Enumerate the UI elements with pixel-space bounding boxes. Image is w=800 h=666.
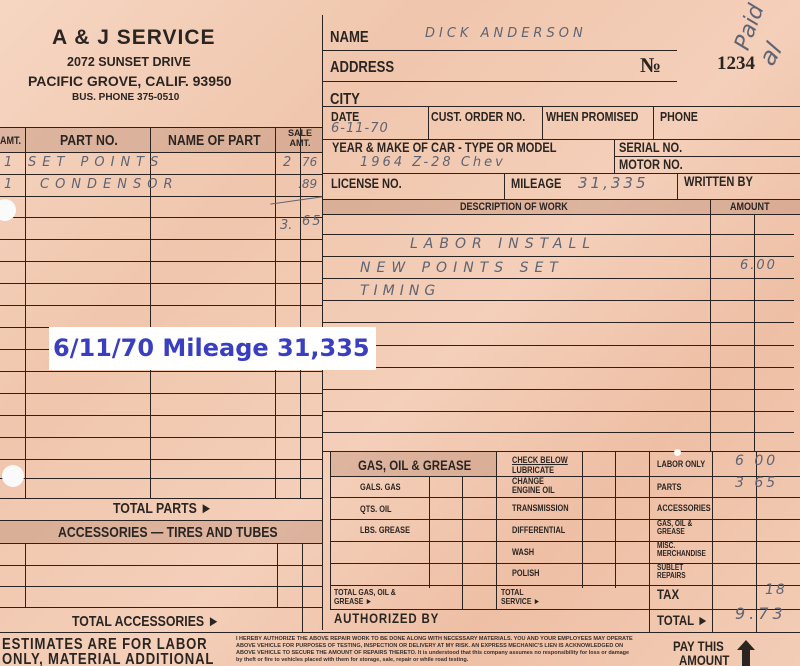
hole-punch: [674, 449, 681, 456]
check-below-label: CHECK BELOW: [512, 455, 568, 465]
summary-misc-label: MISC. MERCHANDISE: [657, 542, 702, 558]
divider: [428, 106, 429, 139]
car-label: YEAR & MAKE OF CAR - TYPE OR MODEL: [332, 140, 556, 155]
service-row-differential: DIFFERENTIAL: [512, 525, 565, 535]
accessory-line: [0, 565, 322, 566]
work-line: [322, 432, 794, 433]
lubricate-label: LUBRICATE: [512, 465, 554, 475]
company-street: 2072 SUNSET DRIVE: [67, 55, 191, 69]
estimate-line-2: ONLY, MATERIAL ADDITIONAL: [2, 651, 214, 666]
total-label: TOTAL ►: [657, 612, 709, 628]
total-accessories-label: TOTAL ACCESSORIES ►: [72, 613, 220, 630]
part-row-1-cents[interactable]: 76: [302, 155, 317, 169]
gas-row-gals: GALS. GAS: [360, 482, 401, 492]
divider: [322, 81, 677, 82]
part-row-2-desc[interactable]: CONDENSOR: [40, 177, 179, 192]
serial-label: SERIAL NO.: [619, 140, 682, 155]
gas-header: GAS, OIL & GREASE: [358, 457, 471, 473]
work-line-2[interactable]: NEW POINTS SET: [360, 260, 564, 276]
parts-line: [0, 217, 322, 218]
work-line: [322, 345, 794, 346]
service-row-transmission: TRANSMISSION: [512, 503, 569, 513]
description-header: DESCRIPTION OF WORK: [460, 201, 568, 213]
part-row-1-qty[interactable]: 1: [4, 155, 16, 170]
part-row-1-dollars[interactable]: 2: [283, 155, 291, 170]
work-line-3[interactable]: TIMING: [360, 283, 440, 299]
car-value[interactable]: 1964 Z-28 Chev: [360, 155, 506, 170]
divider: [0, 632, 800, 633]
summary-parts-label: PARTS: [657, 482, 681, 492]
name-value[interactable]: DICK ANDERSON: [425, 26, 587, 41]
mileage-label: MILEAGE: [511, 176, 561, 191]
authorized-by-label: AUTHORIZED BY: [334, 610, 439, 626]
gas-line: [330, 497, 800, 498]
gas-row-qts: QTS. OIL: [360, 504, 392, 514]
paid-initials: al: [753, 38, 788, 71]
accessory-line: [0, 607, 322, 608]
mileage-value[interactable]: 31,335: [578, 174, 649, 192]
gas-row-lbs: LBS. GREASE: [360, 525, 410, 535]
work-line: [322, 389, 794, 390]
arrow-up-icon: [737, 640, 755, 650]
gas-line: [330, 563, 800, 564]
divider: [462, 476, 463, 609]
service-row-oil: CHANGE ENGINE OIL: [512, 477, 569, 495]
company-city: PACIFIC GROVE, CALIF. 93950: [28, 73, 232, 89]
company-name: A & J SERVICE: [52, 26, 216, 50]
summary-sublet-label: SUBLET REPAIRS: [657, 564, 698, 580]
work-line: [322, 278, 794, 279]
accessories-header: ACCESSORIES — TIRES AND TUBES: [58, 524, 278, 541]
divider: [504, 173, 505, 199]
summary-parts-value[interactable]: 3 65: [735, 475, 778, 491]
service-row-polish: POLISH: [512, 568, 539, 578]
summary-tax-label: TAX: [657, 586, 679, 602]
total-parts-label: TOTAL PARTS ►: [113, 500, 212, 517]
total-value[interactable]: 9.73: [735, 604, 787, 623]
work-line: [322, 367, 794, 368]
part-row-2-cents[interactable]: .89: [298, 177, 317, 191]
parts-line: [0, 239, 322, 240]
parts-line: [0, 371, 322, 372]
summary-labor-label: LABOR ONLY: [657, 459, 705, 469]
parts-line: [0, 261, 322, 262]
part-name-header: NAME OF PART: [168, 132, 261, 149]
number-label: №: [640, 53, 661, 78]
divider: [542, 106, 543, 139]
work-amount[interactable]: 6.00: [740, 258, 777, 273]
gas-total-label: TOTAL GAS, OIL & GREASE ►: [334, 588, 408, 606]
parts-line: [0, 393, 322, 394]
divider: [322, 214, 800, 215]
amount-label: AMOUNT: [679, 652, 729, 666]
summary-labor-value[interactable]: 6 00: [735, 453, 778, 469]
parts-subtotal-cents[interactable]: 65: [302, 214, 323, 229]
parts-line: [0, 498, 322, 499]
work-line: [322, 256, 794, 257]
gas-line: [330, 585, 800, 586]
divider: [302, 543, 303, 633]
parts-line: [0, 459, 322, 460]
divider: [677, 173, 678, 199]
when-promised-label: WHEN PROMISED: [546, 109, 638, 124]
divider: [0, 543, 322, 544]
sum-line: [270, 196, 322, 204]
arrow-stem: [742, 650, 750, 666]
summary-tax-value[interactable]: 18: [765, 582, 787, 598]
divider: [710, 199, 711, 451]
parts-line: [0, 196, 322, 197]
amount-header: AMOUNT: [730, 201, 770, 213]
part-row-1-desc[interactable]: SET POINTS: [28, 155, 164, 170]
part-row-2-qty[interactable]: 1: [4, 177, 16, 192]
gas-line: [330, 519, 800, 520]
license-label: LICENSE NO.: [331, 176, 402, 191]
parts-line: [0, 415, 322, 416]
work-line-1[interactable]: LABOR INSTALL: [410, 236, 596, 252]
divider: [429, 476, 430, 588]
gas-line: [330, 541, 800, 542]
part-no-header: PART NO.: [60, 132, 118, 149]
date-value[interactable]: 6-11-70: [331, 121, 389, 136]
work-line: [322, 300, 794, 301]
divider: [277, 543, 278, 607]
work-line: [322, 322, 794, 323]
parts-line: [0, 437, 322, 438]
invoice-number: 1234: [717, 53, 755, 75]
name-label: NAME: [330, 29, 369, 47]
divider: [322, 106, 800, 107]
written-by-label: WRITTEN BY: [684, 174, 753, 189]
legal-text: I HEREBY AUTHORIZE THE ABOVE REPAIR WORK…: [236, 636, 636, 664]
divider: [754, 214, 755, 451]
motor-label: MOTOR NO.: [619, 157, 683, 172]
address-label: ADDRESS: [330, 59, 394, 77]
divider: [25, 128, 26, 498]
parts-line: [0, 174, 322, 175]
accessory-line: [0, 586, 322, 587]
parts-subtotal-dollars[interactable]: 3.: [280, 218, 292, 233]
parts-header-bg: [0, 128, 322, 152]
summary-gas-label: GAS, OIL & GREASE: [657, 520, 698, 536]
divider: [25, 543, 26, 607]
service-total-label: TOTAL SERVICE ►: [501, 588, 550, 606]
parts-line: [0, 305, 322, 306]
work-line: [322, 234, 794, 235]
service-row-wash: WASH: [512, 547, 534, 557]
parts-line: [0, 283, 322, 284]
company-phone: BUS. PHONE 375-0510: [72, 92, 179, 103]
hole-punch: [2, 465, 24, 487]
divider: [0, 152, 322, 153]
summary-accessories-label: ACCESSORIES: [657, 503, 711, 513]
divider: [322, 50, 677, 51]
work-line: [322, 411, 794, 412]
divider: [653, 106, 654, 139]
repair-invoice: A & J SERVICE 2072 SUNSET DRIVE PACIFIC …: [0, 0, 800, 666]
divider: [275, 128, 276, 498]
parts-line: [0, 478, 322, 479]
phone-label: PHONE: [660, 109, 698, 124]
cust-order-label: CUST. ORDER NO.: [431, 109, 525, 124]
annotation-label: 6/11/70 Mileage 31,335: [49, 327, 376, 370]
qty-header: AMT.: [0, 135, 21, 147]
